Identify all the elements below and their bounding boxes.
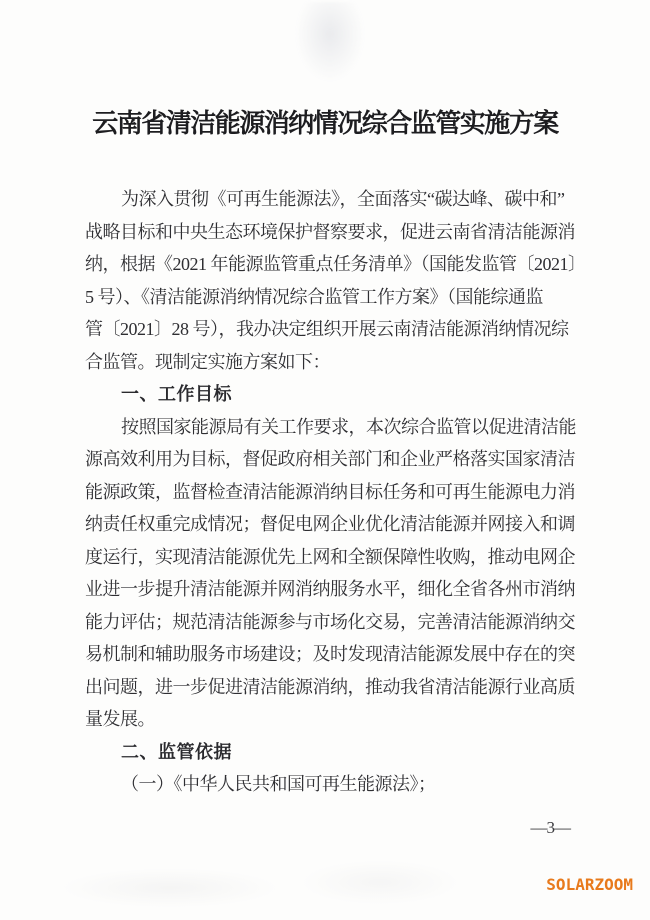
text-line: 易机制和辅助服务市场建设；及时发现清洁能源发展中存在的突	[85, 638, 567, 671]
text-line: 为深入贯彻《可再生能源法》，全面落实“碳达峰、碳中和”	[85, 183, 567, 216]
solarzoom-watermark: SOLARZOOM	[546, 875, 633, 894]
text-line: 管〔2021〕28 号），我办决定组织开展云南清洁能源消纳情况综	[85, 313, 567, 346]
page-number: —3—	[531, 818, 571, 838]
text-line: （一）《中华人民共和国可再生能源法》；	[85, 768, 567, 801]
text-line: 纳，根据《2021 年能源监管重点任务清单》（国能发监管〔2021〕	[85, 248, 567, 281]
text-line: 出问题，进一步促进清洁能源消纳，推动我省清洁能源行业高质	[85, 671, 567, 704]
scan-smudge-bottom-left	[60, 868, 280, 908]
text-line: 按照国家能源局有关工作要求，本次综合监管以促进清洁能	[85, 411, 567, 444]
text-line: 度运行，实现清洁能源优先上网和全额保障性收购，推动电网企	[85, 541, 567, 574]
text-line: 能源政策，监督检查清洁能源消纳目标任务和可再生能源电力消	[85, 476, 567, 509]
text-line: 源高效利用为目标，督促政府相关部门和企业严格落实国家清洁	[85, 443, 567, 476]
text-line: 5 号）、《清洁能源消纳情况综合监管工作方案》（国能综通监	[85, 281, 567, 314]
document-title: 云南省清洁能源消纳情况综合监管实施方案	[85, 103, 565, 145]
text-line: 合监管。现制定实施方案如下：	[85, 346, 567, 379]
document-body: 为深入贯彻《可再生能源法》，全面落实“碳达峰、碳中和”战略目标和中央生态环境保护…	[85, 183, 567, 801]
text-line: 战略目标和中央生态环境保护督察要求，促进云南省清洁能源消	[85, 216, 567, 249]
section-heading: 二、监管依据	[85, 736, 567, 769]
text-line: 业进一步提升清洁能源并网消纳服务水平，细化全省各州市消纳	[85, 573, 567, 606]
section-heading: 一、工作目标	[85, 378, 567, 411]
scanned-document-page: 云南省清洁能源消纳情况综合监管实施方案 为深入贯彻《可再生能源法》，全面落实“碳…	[0, 0, 650, 920]
text-line: 能力评估；规范清洁能源参与市场化交易，完善清洁能源消纳交	[85, 606, 567, 639]
text-line: 量发展。	[85, 703, 567, 736]
text-line: 纳责任权重完成情况；督促电网企业优化清洁能源并网接入和调	[85, 508, 567, 541]
scan-smudge-top	[295, 2, 365, 82]
scan-smudge-bottom-mid	[300, 860, 460, 905]
